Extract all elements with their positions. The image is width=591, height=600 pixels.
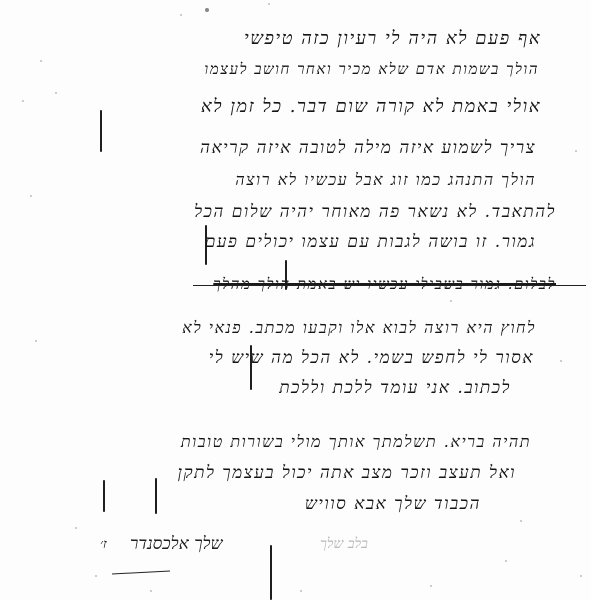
letter-line-5: הולך התנהג כמו זוג אבל עכשיו לא רוצה <box>235 170 536 190</box>
letter-line-9: לחוץ היא רוצה לבוא אלו וקבעו מכתב. פנאי … <box>182 318 536 338</box>
signature-underline <box>112 570 170 574</box>
letter-line-8-struck-through: לבלום. גמור בשבילי עכשיו יש באמת הולך מה… <box>213 275 556 294</box>
letter-line-13: ואל תעצב וזכר מצב אתה יכול בעצמך לתקן <box>178 463 516 483</box>
signature-suffix: ז׳ <box>100 536 107 552</box>
letter-line-14: הכבוד שלך אבא סוויש <box>305 494 481 514</box>
letter-line-10: אסור לי לחפש בשמי. לא הכל מה שיש לי <box>209 348 534 368</box>
letter-line-3: אולי באמת לא קורה שום דבר. כל זמן לא <box>201 96 541 117</box>
letter-line-6: להתאבד. לא נשאר פה מאוחר יהיה שלום הכל <box>194 202 556 222</box>
scanned-page: אף פעם לא היה לי רעיון כזה טיפשי הולך בש… <box>0 0 591 600</box>
letter-line-11: לכתוב. אני עומד ללכת וללכת <box>279 378 511 398</box>
signature: שלך אלכסנדר <box>130 534 223 554</box>
faint-closing-text: בלב שלך <box>320 536 368 553</box>
letter-line-2: הולך בשמות אדם שלא מכיר ואחר חושב לעצמו <box>204 60 539 79</box>
letter-line-4: צריך לשמוע איזה מילה לטובה איזה קריאה <box>200 138 536 158</box>
letter-line-7: גמור. זו בושה לגבות עם עצמו יכולים פעם <box>205 232 536 252</box>
letter-body: אף פעם לא היה לי רעיון כזה טיפשי הולך בש… <box>0 0 591 600</box>
letter-line-1: אף פעם לא היה לי רעיון כזה טיפשי <box>244 28 541 49</box>
letter-line-12: תהיה בריא. תשלמתך אותך מולי בשורות טובות <box>181 432 531 452</box>
